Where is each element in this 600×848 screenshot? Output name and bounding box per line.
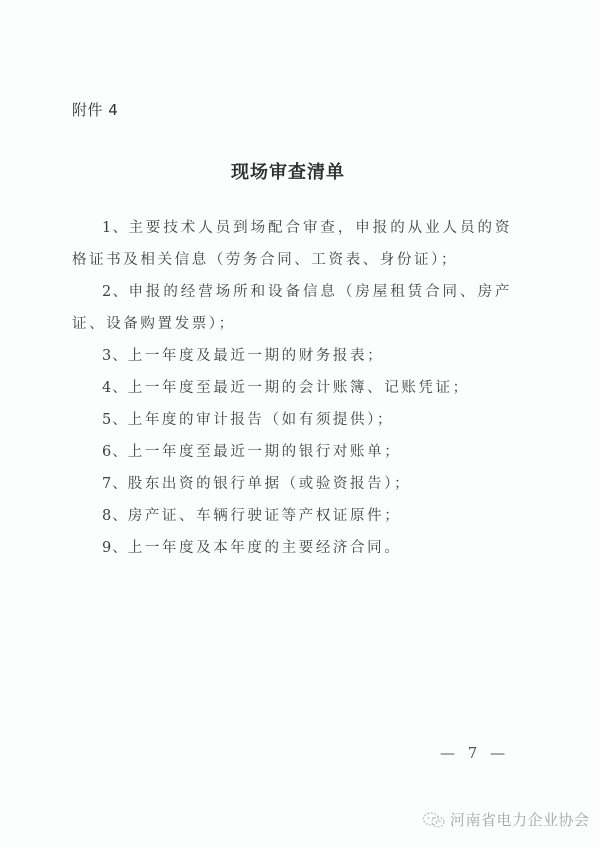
list-item: 7、股东出资的银行单据（或验资报告）； <box>72 468 512 500</box>
list-item: 2、申报的经营场所和设备信息（房屋租赁合同、房产证、设备购置发票）； <box>72 276 512 340</box>
item-text: 股东出资的银行单据（或验资报告）； <box>128 476 411 492</box>
list-item: 8、房产证、车辆行驶证等产权证原件； <box>72 500 512 532</box>
watermark-text: 河南省电力企业协会 <box>450 809 590 830</box>
list-item: 4、上一年度至最近一期的会计账簿、记账凭证； <box>72 372 512 404</box>
item-text: 上年度的审计报告（如有须提供）； <box>128 412 394 428</box>
item-text: 主要技术人员到场配合审查，申报的从业人员的资格证书及相关信息（劳务合同、工资表、… <box>72 220 512 268</box>
item-number: 2、 <box>102 284 128 300</box>
list-item: 6、上一年度至最近一期的银行对账单； <box>72 436 512 468</box>
page-title: 现场审查清单 <box>0 158 576 184</box>
wechat-icon <box>422 811 446 829</box>
item-number: 9、 <box>102 540 128 556</box>
attachment-label: 附件 4 <box>72 99 118 120</box>
item-number: 1、 <box>102 220 128 236</box>
item-text: 申报的经营场所和设备信息（房屋租赁合同、房产证、设备购置发票）； <box>72 284 512 332</box>
item-number: 8、 <box>102 508 128 524</box>
item-number: 4、 <box>102 380 128 396</box>
item-text: 上一年度至最近一期的银行对账单； <box>128 444 402 460</box>
document-page: 附件 4 现场审查清单 1、主要技术人员到场配合审查，申报的从业人员的资格证书及… <box>0 0 600 848</box>
list-item: 9、上一年度及本年度的主要经济合同。 <box>72 532 512 564</box>
list-item: 1、主要技术人员到场配合审查，申报的从业人员的资格证书及相关信息（劳务合同、工资… <box>72 212 512 276</box>
item-text: 房产证、车辆行驶证等产权证原件； <box>128 508 402 524</box>
list-item: 3、上一年度及最近一期的财务报表； <box>72 340 512 372</box>
page-number: — 7 — <box>440 744 509 762</box>
item-text: 上一年度至最近一期的会计账簿、记账凭证； <box>128 380 470 396</box>
item-text: 上一年度及本年度的主要经济合同。 <box>128 540 402 556</box>
watermark: 河南省电力企业协会 <box>422 809 590 830</box>
item-text: 上一年度及最近一期的财务报表； <box>128 348 385 364</box>
checklist: 1、主要技术人员到场配合审查，申报的从业人员的资格证书及相关信息（劳务合同、工资… <box>72 212 512 564</box>
list-item: 5、上年度的审计报告（如有须提供）； <box>72 404 512 436</box>
item-number: 3、 <box>102 348 128 364</box>
item-number: 6、 <box>102 444 128 460</box>
item-number: 7、 <box>102 476 128 492</box>
item-number: 5、 <box>102 412 128 428</box>
